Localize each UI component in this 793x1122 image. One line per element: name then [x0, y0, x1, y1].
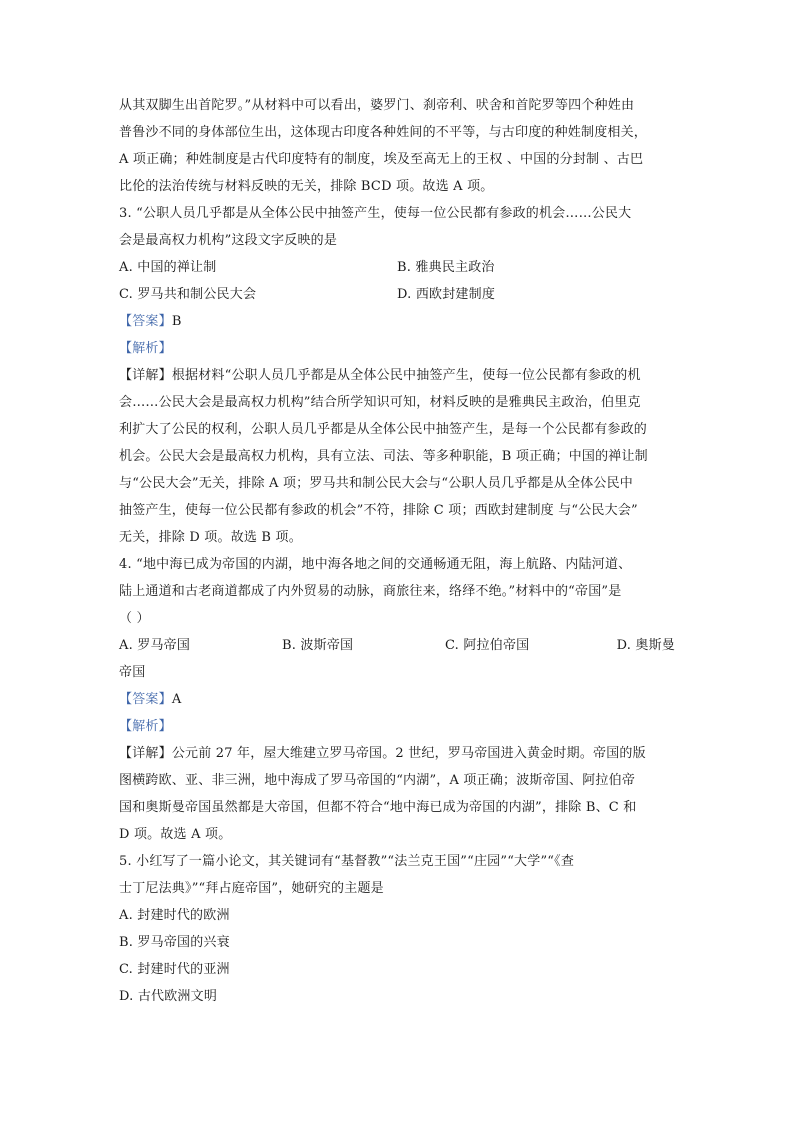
detail-text: 根据材料“公职人员几乎都是从全体公民中抽签产生，使每一位公民都有参政的机	[172, 368, 641, 383]
q4-stem: （ ）	[119, 605, 675, 632]
q3-options-row: A. 中国的禅让制 B. 雅典民主政治	[119, 254, 675, 281]
q4-option-d-wrap: 帝国	[119, 659, 675, 686]
q4-option-c: C. 阿拉伯帝国	[445, 632, 608, 659]
q2-analysis-line: 普鲁沙不同的身体部位生出，这体现古印度各种姓间的不平等，与古印度的种姓制度相关，	[119, 119, 675, 146]
answer-label: 【答案】	[119, 314, 172, 329]
answer-value: B	[172, 314, 182, 329]
q3-option-c: C. 罗马共和制公民大会	[119, 281, 397, 308]
q3-stem: 会是最高权力机构”这段文字反映的是	[119, 227, 675, 254]
detail-label: 【详解】	[119, 746, 172, 761]
q2-analysis-line: A 项正确；种姓制度是古代印度特有的制度，埃及至高无上的王权 、中国的分封制 、…	[119, 146, 675, 173]
q5-stem: 士丁尼法典》”“拜占庭帝国”，她研究的主题是	[119, 875, 675, 902]
detail-label: 【详解】	[119, 368, 172, 383]
answer-label: 【答案】	[119, 692, 172, 707]
q4-option-b: B. 波斯帝国	[282, 632, 445, 659]
q4-detail-line: D 项。故选 A 项。	[119, 821, 675, 848]
q4-option-a: A. 罗马帝国	[119, 632, 282, 659]
q3-options-row: C. 罗马共和制公民大会 D. 西欧封建制度	[119, 281, 675, 308]
q3-option-a: A. 中国的禅让制	[119, 254, 397, 281]
analysis-label: 【解析】	[119, 719, 172, 734]
q4-options-row: A. 罗马帝国 B. 波斯帝国 C. 阿拉伯帝国 D. 奥斯曼	[119, 632, 675, 659]
document-page: 从其双脚生出首陀罗。”从材料中可以看出，婆罗门、刹帝利、吠舍和首陀罗等四个种姓由…	[119, 92, 675, 1010]
q4-analysis: 【解析】	[119, 713, 675, 740]
q4-option-d: D. 奥斯曼	[608, 632, 675, 659]
q3-option-d: D. 西欧封建制度	[397, 281, 675, 308]
answer-value: A	[172, 692, 182, 707]
q3-detail-line: 机会。公民大会是最高权力机构，具有立法、司法、等多种职能，B 项正确；中国的禅让…	[119, 443, 675, 470]
q4-detail-line: 【详解】公元前 27 年，屋大维建立罗马帝国。2 世纪，罗马帝国进入黄金时期。帝…	[119, 740, 675, 767]
q3-detail-line: 无关，排除 D 项。故选 B 项。	[119, 524, 675, 551]
q4-detail-line: 图横跨欧、亚、非三洲，地中海成了罗马帝国的“内湖”，A 项正确；波斯帝国、阿拉伯…	[119, 767, 675, 794]
q3-detail-line: 抽签产生，使每一位公民都有参政的机会”不符，排除 C 项；西欧封建制度 与“公民…	[119, 497, 675, 524]
analysis-label: 【解析】	[119, 341, 172, 356]
q3-detail-line: 会……公民大会是最高权力机构”结合所学知识可知，材料反映的是雅典民主政治，伯里克	[119, 389, 675, 416]
q5-option-b: B. 罗马帝国的兴衰	[119, 929, 675, 956]
q2-analysis-line: 比伦的法治传统与材料反映的无关，排除 BCD 项。故选 A 项。	[119, 173, 675, 200]
q3-stem: 3. “公职人员几乎都是从全体公民中抽签产生，使每一位公民都有参政的机会……公民…	[119, 200, 675, 227]
q4-stem: 陆上通道和古老商道都成了内外贸易的动脉，商旅往来，络绎不绝。”材料中的“帝国”是	[119, 578, 675, 605]
q5-stem: 5. 小红写了一篇小论文，其关键词有“基督教”“法兰克王国”“庄园”“大学”“《…	[119, 848, 675, 875]
q3-detail-line: 利扩大了公民的权利，公职人员几乎都是从全体公民中抽签产生，是每一个公民都有参政的	[119, 416, 675, 443]
q5-option-d: D. 古代欧洲文明	[119, 983, 675, 1010]
q4-stem: 4. “地中海已成为帝国的内湖，地中海各地之间的交通畅通无阻，海上航路、内陆河道…	[119, 551, 675, 578]
q4-detail-line: 国和奥斯曼帝国虽然都是大帝国，但都不符合“地中海已成为帝国的内湖”，排除 B、C…	[119, 794, 675, 821]
q2-analysis-line: 从其双脚生出首陀罗。”从材料中可以看出，婆罗门、刹帝利、吠舍和首陀罗等四个种姓由	[119, 92, 675, 119]
detail-text: 公元前 27 年，屋大维建立罗马帝国。2 世纪，罗马帝国进入黄金时期。帝国的版	[172, 746, 646, 761]
q3-analysis: 【解析】	[119, 335, 675, 362]
q3-answer: 【答案】B	[119, 308, 675, 335]
q3-detail-line: 【详解】根据材料“公职人员几乎都是从全体公民中抽签产生，使每一位公民都有参政的机	[119, 362, 675, 389]
q3-detail-line: 与“公民大会”无关，排除 A 项；罗马共和制公民大会与“公职人员几乎都是从全体公…	[119, 470, 675, 497]
q5-option-c: C. 封建时代的亚洲	[119, 956, 675, 983]
q3-option-b: B. 雅典民主政治	[397, 254, 675, 281]
q4-answer: 【答案】A	[119, 686, 675, 713]
q5-option-a: A. 封建时代的欧洲	[119, 902, 675, 929]
